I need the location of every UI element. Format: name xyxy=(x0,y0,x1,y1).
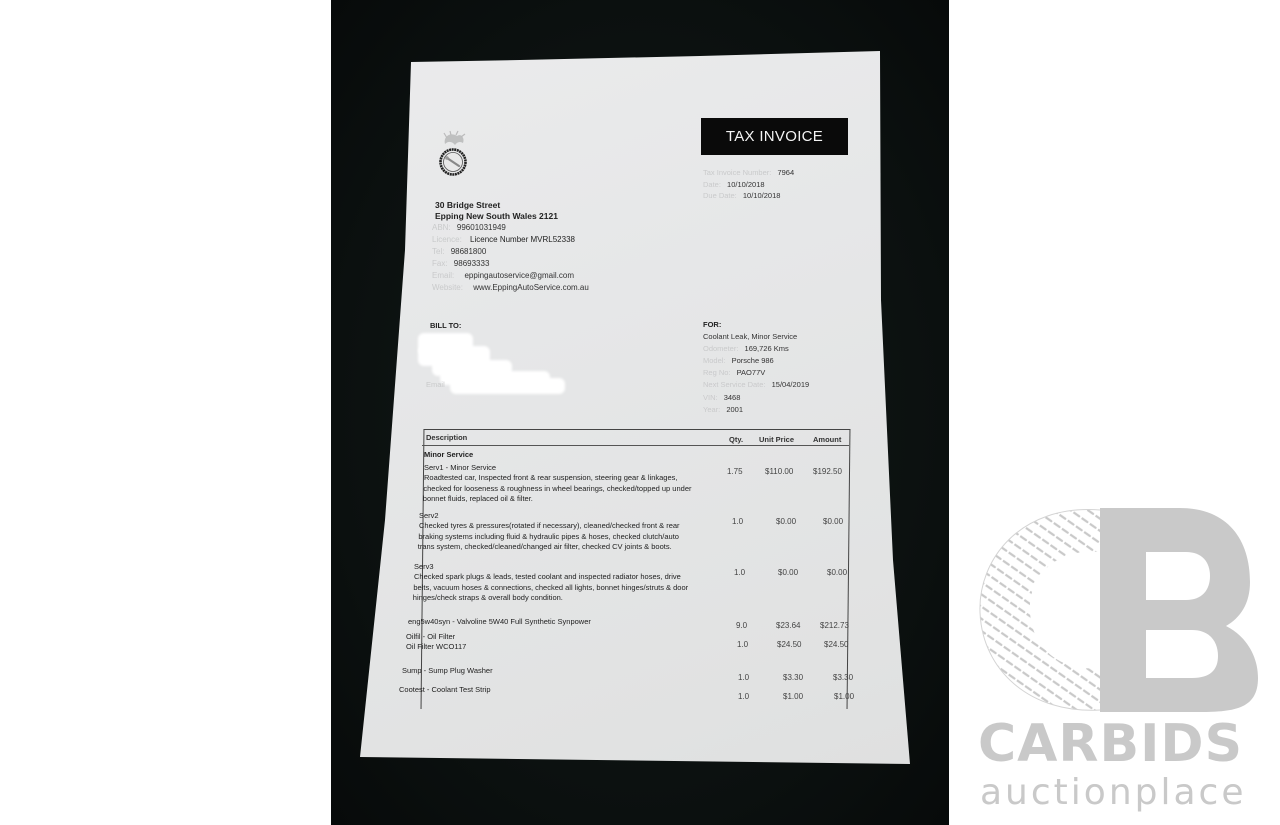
line-item-description: trans system, checked/cleaned/changed ai… xyxy=(418,542,672,553)
line-item-description: Oil Filter WCO117 xyxy=(406,642,466,653)
website-label: Website: xyxy=(432,283,463,292)
line-item-qty: 1.0 xyxy=(732,517,743,526)
reg-value: PAO77V xyxy=(737,368,766,377)
line-item-unit-price: $24.50 xyxy=(777,640,801,649)
next-service-label: Next Service Date: xyxy=(703,380,766,389)
vin-row: VIN: 3468 xyxy=(703,393,740,402)
vin-value: 3468 xyxy=(724,393,741,402)
model-value: Porsche 986 xyxy=(732,356,774,365)
line-item-qty: 1.75 xyxy=(727,467,743,476)
invoice-number-label: Tax Invoice Number: xyxy=(703,168,771,177)
tax-invoice-title: TAX INVOICE xyxy=(701,118,848,155)
odometer-value: 169,726 Kms xyxy=(745,344,789,353)
for-label: FOR: xyxy=(703,320,721,329)
website-value: www.EppingAutoService.com.au xyxy=(473,283,589,292)
line-item-amount: $3.30 xyxy=(833,673,853,682)
carbids-watermark: CARBIDS auctionplace xyxy=(960,500,1270,820)
year-label: Year: xyxy=(703,405,720,414)
email-label: Email: xyxy=(432,271,454,280)
abn-row: ABN: 99601031949 xyxy=(432,223,506,232)
line-item-description: checked for looseness & roughness in whe… xyxy=(423,484,691,495)
bill-to-redaction-part xyxy=(450,378,565,394)
line-item-code: eng5w40syn - Valvoline 5W40 Full Synthet… xyxy=(408,617,591,626)
abn-label: ABN: xyxy=(432,223,451,232)
year-row: Year: 2001 xyxy=(703,405,743,414)
fax-label: Fax: xyxy=(432,259,448,268)
carbids-brand-text: CARBIDS xyxy=(978,714,1243,774)
model-label: Model: xyxy=(703,356,726,365)
header-description: Description xyxy=(426,433,467,442)
header-amount: Amount xyxy=(813,435,841,444)
line-item-unit-price: $0.00 xyxy=(778,568,798,577)
next-service-value: 15/04/2019 xyxy=(772,380,810,389)
licence-label: Licence: xyxy=(432,235,462,244)
due-date-row: Due Date: 10/10/2018 xyxy=(703,191,780,200)
tel-row: Tel: 98681800 xyxy=(432,247,486,256)
line-item-description: Checked tyres & pressures(rotated if nec… xyxy=(419,521,680,532)
business-address-line2: Epping New South Wales 2121 xyxy=(435,211,558,221)
reg-label: Reg No: xyxy=(703,368,731,377)
invoice-number-value: 7964 xyxy=(777,168,794,177)
abn-value: 99601031949 xyxy=(457,223,506,232)
line-item-amount: $192.50 xyxy=(813,467,842,476)
line-item-code: Cootest - Coolant Test Strip xyxy=(399,685,491,694)
email-value: eppingautoservice@gmail.com xyxy=(464,271,574,280)
header-unit-price: Unit Price xyxy=(759,435,794,444)
line-item-code: Serv1 - Minor Service xyxy=(424,463,496,472)
line-item-amount: $24.50 xyxy=(824,640,848,649)
section-minor-service: Minor Service xyxy=(424,450,473,459)
line-item-qty: 1.0 xyxy=(737,640,748,649)
email-row: Email: eppingautoservice@gmail.com xyxy=(432,271,574,280)
line-item-description: bonnet fluids, replaced oil & filter. xyxy=(423,494,533,505)
line-item-description: braking systems including fluid & hydrau… xyxy=(418,532,679,543)
dragon-wrench-logo-icon xyxy=(435,130,471,178)
invoice-date-value: 10/10/2018 xyxy=(727,180,765,189)
cb-monogram-icon xyxy=(960,500,1270,720)
line-item-code: Oilfil - Oil Filter xyxy=(406,632,455,641)
line-item-amount: $1.00 xyxy=(834,692,854,701)
line-item-amount: $212.73 xyxy=(820,621,849,630)
fax-row: Fax: 98693333 xyxy=(432,259,489,268)
due-date-value: 10/10/2018 xyxy=(743,191,781,200)
line-item-qty: 1.0 xyxy=(734,568,745,577)
line-item-code: Serv3 xyxy=(414,562,434,571)
line-item-description: Checked spark plugs & leads, tested cool… xyxy=(414,572,681,583)
line-item-unit-price: $110.00 xyxy=(765,467,793,476)
model-row: Model: Porsche 986 xyxy=(703,356,774,365)
year-value: 2001 xyxy=(726,405,743,414)
bill-to-email-label: Email xyxy=(426,380,445,389)
website-row: Website: www.EppingAutoService.com.au xyxy=(432,283,589,292)
vin-label: VIN: xyxy=(703,393,718,402)
line-item-description: Roadtested car, Inspected front & rear s… xyxy=(424,473,677,484)
auctionplace-text: auctionplace xyxy=(980,772,1246,813)
bill-to-label: BILL TO: xyxy=(430,321,461,330)
invoice-date-label: Date: xyxy=(703,180,721,189)
tel-label: Tel: xyxy=(432,247,444,256)
business-address-line1: 30 Bridge Street xyxy=(435,200,500,210)
line-item-code: Sump - Sump Plug Washer xyxy=(402,666,493,675)
due-date-label: Due Date: xyxy=(703,191,737,200)
fax-value: 98693333 xyxy=(454,259,490,268)
line-item-amount: $0.00 xyxy=(827,568,847,577)
tel-value: 98681800 xyxy=(451,247,487,256)
line-item-code: Serv2 xyxy=(419,511,439,520)
line-item-unit-price: $23.64 xyxy=(776,621,800,630)
invoice-date-row: Date: 10/10/2018 xyxy=(703,180,765,189)
job-description: Coolant Leak, Minor Service xyxy=(703,332,797,341)
line-item-qty: 9.0 xyxy=(736,621,747,630)
line-item-amount: $0.00 xyxy=(823,517,843,526)
invoice-number-row: Tax Invoice Number: 7964 xyxy=(703,168,794,177)
line-item-description: belts, vacuum hoses & connections, check… xyxy=(413,583,688,594)
licence-row: Licence: Licence Number MVRL52338 xyxy=(432,235,575,244)
next-service-row: Next Service Date: 15/04/2019 xyxy=(703,380,809,389)
line-item-unit-price: $3.30 xyxy=(783,673,803,682)
line-item-description: hinges/check straps & overall body condi… xyxy=(413,593,563,604)
odometer-row: Odometer: 169,726 Kms xyxy=(703,344,789,353)
odometer-label: Odometer: xyxy=(703,344,738,353)
line-item-unit-price: $0.00 xyxy=(776,517,796,526)
header-qty: Qty. xyxy=(729,435,743,444)
line-item-qty: 1.0 xyxy=(738,692,749,701)
reg-row: Reg No: PAO77V xyxy=(703,368,765,377)
line-item-unit-price: $1.00 xyxy=(783,692,803,701)
line-item-qty: 1.0 xyxy=(738,673,749,682)
licence-value: Licence Number MVRL52338 xyxy=(470,235,575,244)
